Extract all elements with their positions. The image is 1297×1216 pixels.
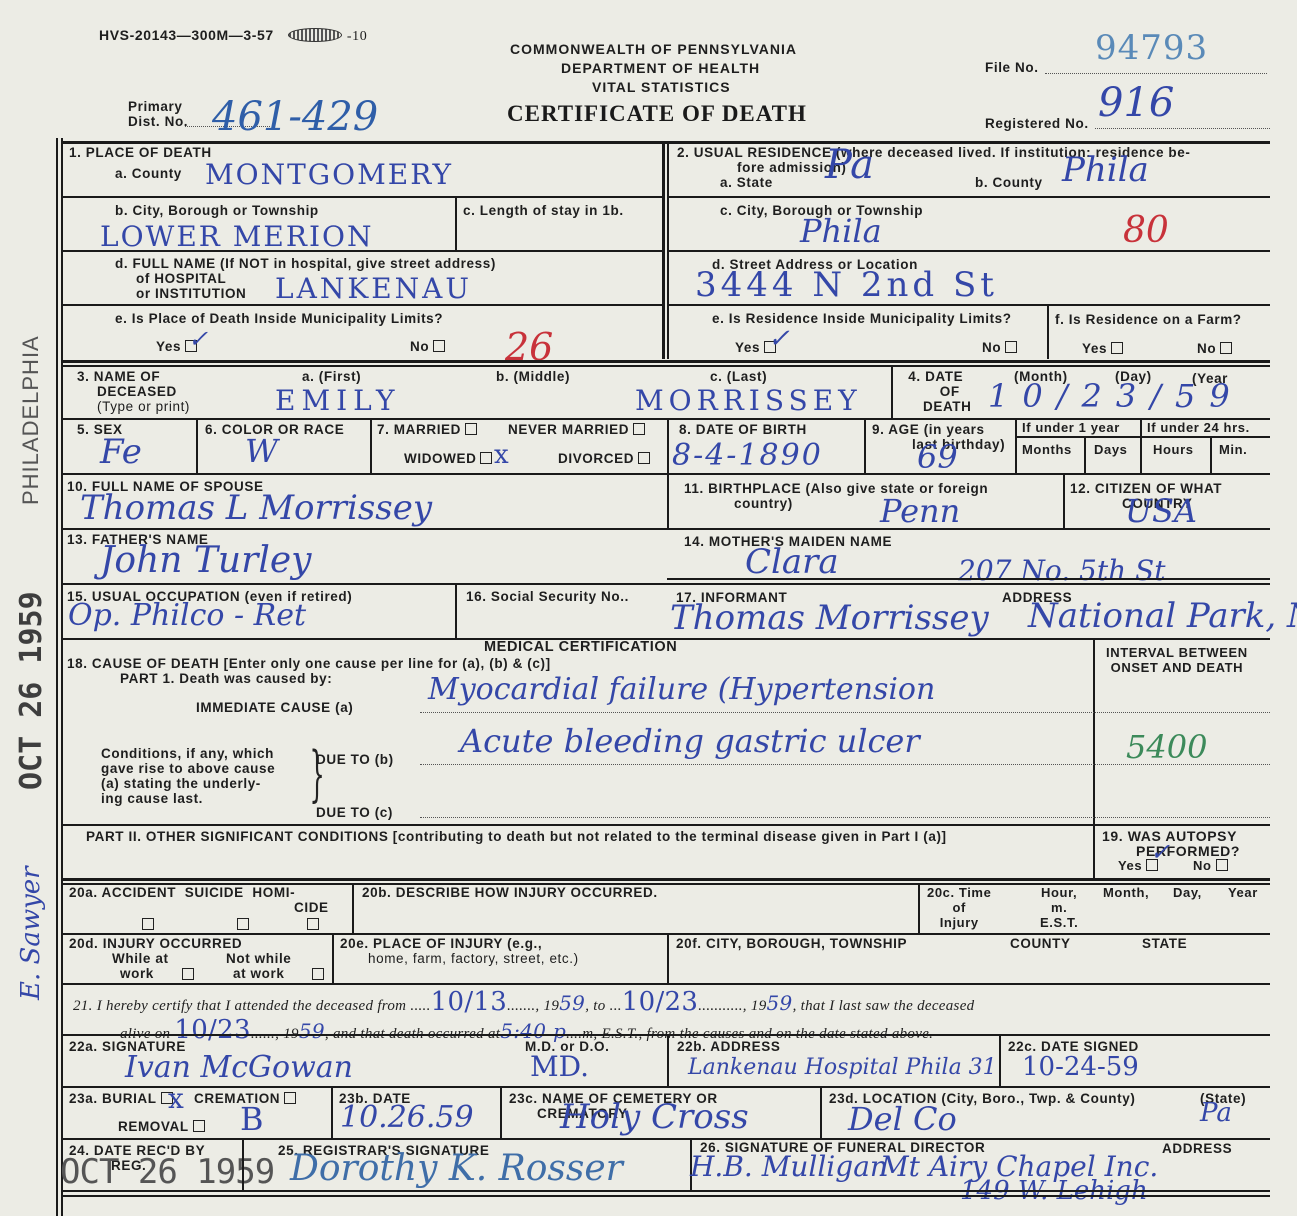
res-state-label: a. State <box>720 175 773 190</box>
manner-accident-checkbox[interactable] <box>138 916 154 934</box>
autopsy-label: 19. WAS AUTOPSY PERFORMED? <box>1102 829 1240 859</box>
row-line <box>61 250 662 252</box>
top-frame-line <box>61 141 1270 144</box>
due-c-label: DUE TO (c) <box>316 805 393 820</box>
res-farm-no[interactable]: No <box>1197 341 1232 356</box>
manner-homicide-checkbox[interactable] <box>303 916 319 934</box>
injury-day-label: Day, <box>1173 885 1202 900</box>
registrar-signature: Dorothy K. Rosser <box>290 1148 623 1189</box>
res-farm-yes-checkbox[interactable] <box>1111 342 1123 354</box>
age-value: 69 <box>917 438 958 476</box>
removal-checkbox[interactable] <box>193 1120 205 1132</box>
section-line <box>61 360 1270 363</box>
injury-county-label: COUNTY <box>1010 936 1071 951</box>
physician-address-label: 22b. ADDRESS <box>677 1039 780 1054</box>
res-street-value: 3444 N 2nd St <box>695 265 998 305</box>
place-of-death-heading: 1. PLACE OF DEATH <box>69 145 212 160</box>
res-county-label: b. County <box>975 175 1043 190</box>
file-no-value: 94793 <box>1095 28 1208 68</box>
col-line <box>820 1086 822 1138</box>
union-label-icon <box>288 28 342 42</box>
married-checkbox[interactable] <box>465 423 477 435</box>
part2-label: PART II. OTHER SIGNIFICANT CONDITIONS [c… <box>86 829 947 844</box>
medical-heading: MEDICAL CERTIFICATION <box>484 640 677 655</box>
birthplace-value: Penn <box>880 492 960 530</box>
ssn-label: 16. Social Security No.. <box>466 589 629 604</box>
while-at-work-label[interactable]: While at work <box>112 951 169 981</box>
row-line <box>61 583 1270 585</box>
file-no-label: File No. <box>985 60 1039 75</box>
days-label: Days <box>1094 442 1127 457</box>
col-line <box>196 418 198 473</box>
row-line <box>1015 436 1270 438</box>
married-option[interactable]: 7. MARRIED <box>377 422 477 437</box>
divider-1-2 <box>662 141 665 359</box>
pod-inside-limits-label: e. Is Place of Death Inside Municipality… <box>115 311 443 326</box>
under-24h-label: If under 24 hrs. <box>1147 420 1250 435</box>
last-name-value: MORRISSEY <box>635 384 862 417</box>
res-farm-yes[interactable]: Yes <box>1082 341 1123 356</box>
hours-label: Hours <box>1153 442 1194 457</box>
row-line <box>61 304 662 306</box>
margin-initials: E. Sawyer <box>16 866 46 1000</box>
header-line-1: COMMONWEALTH OF PENNSYLVANIA <box>510 42 797 57</box>
citizen-value: USA <box>1125 492 1197 530</box>
col-line <box>1093 638 1095 878</box>
row-line <box>61 473 1270 475</box>
first-name-label: a. (First) <box>302 369 361 384</box>
row-line <box>61 1086 1270 1088</box>
widowed-option[interactable]: WIDOWED <box>404 451 492 466</box>
time-of-injury-label: 20c. Time of Injury <box>927 885 991 930</box>
mother-value: Clara <box>745 542 839 582</box>
col-line <box>891 365 893 418</box>
alive-on-year: 59 <box>299 1019 325 1043</box>
interval-code: 5400 <box>1126 728 1207 766</box>
location-state-value: Pa <box>1200 1098 1232 1128</box>
cremation-checkbox[interactable] <box>284 1092 296 1104</box>
certificate-title: CERTIFICATE OF DEATH <box>507 101 807 127</box>
due-b-value: Acute bleeding gastric ulcer <box>460 722 920 760</box>
pod-no-checkbox[interactable] <box>433 340 445 352</box>
never-married-checkbox[interactable] <box>633 423 645 435</box>
funeral-address-label: ADDRESS <box>1162 1141 1232 1156</box>
autopsy-yes-checkmark: ✓ <box>1150 838 1170 866</box>
not-while-work-label[interactable]: Not while at work <box>226 951 291 981</box>
physician-signature: Ivan McGowan <box>125 1050 353 1085</box>
col-line <box>1015 418 1017 473</box>
col-line <box>332 933 334 983</box>
date-signed-value: 10-24-59 <box>1022 1052 1139 1082</box>
attended-from-year: 59 <box>559 991 585 1015</box>
attended-to-value: 10/23 <box>622 987 698 1017</box>
header-line-2: DEPARTMENT OF HEALTH <box>561 61 760 76</box>
place-of-injury-label: 20e. PLACE OF INJURY (e.g., home, farm, … <box>340 936 579 966</box>
autopsy-no-checkbox[interactable] <box>1216 859 1228 871</box>
injury-state-label: STATE <box>1142 936 1187 951</box>
middle-name-label: b. (Middle) <box>496 369 570 384</box>
hour-label: Hour, m. E.S.T. <box>1040 885 1078 930</box>
row-line <box>61 1034 1270 1036</box>
funeral-director-signature: H.B. Mulligan <box>690 1150 888 1183</box>
res-inside-no-checkbox[interactable] <box>1005 341 1017 353</box>
not-while-work-checkbox[interactable] <box>308 966 324 984</box>
row-line <box>667 304 1270 306</box>
divorced-checkbox[interactable] <box>638 452 650 464</box>
attended-from-value: 10/13 <box>431 987 507 1017</box>
min-label: Min. <box>1219 442 1247 457</box>
injury-city-label: 20f. CITY, BOROUGH, TOWNSHIP <box>676 936 907 951</box>
pod-city-value: LOWER MERION <box>100 220 373 253</box>
deceased-name-label: 3. NAME OF DECEASED (Type or print) <box>77 369 190 414</box>
registered-no-dotline <box>1095 128 1270 129</box>
col-line <box>500 1086 502 1138</box>
informant-value: Thomas Morrissey <box>670 598 989 638</box>
spouse-value: Thomas L Morrissey <box>80 488 432 528</box>
row-line <box>667 250 1270 252</box>
cemetery-value: Holy Cross <box>560 1097 749 1137</box>
header-line-3: VITAL STATISTICS <box>592 80 731 95</box>
pod-county-label: a. County <box>115 166 182 181</box>
col-line <box>1140 418 1142 473</box>
res-county-value: Phila <box>1062 150 1149 190</box>
row-line <box>61 528 1270 530</box>
row-line <box>667 196 1270 198</box>
left-border-inner <box>61 138 63 1216</box>
attended-to-year: 59 <box>767 991 793 1015</box>
margin-date-stamp: OCT 26 1959 <box>14 591 49 790</box>
form-code: HVS-20143—300M—3-57 -10 <box>99 28 367 44</box>
res-inside-no[interactable]: No <box>982 340 1017 355</box>
bottom-line-2 <box>61 1195 1270 1197</box>
degree-value: MD. <box>530 1050 589 1083</box>
row-line <box>667 578 1270 580</box>
due-b-label: DUE TO (b) <box>316 752 394 767</box>
row-line <box>61 983 1270 985</box>
manner-suicide-checkbox[interactable] <box>233 916 249 934</box>
pod-city-label: b. City, Borough or Township <box>115 203 319 218</box>
registered-no-label: Registered No. <box>985 116 1089 131</box>
pod-stay-label: c. Length of stay in 1b. <box>463 203 624 218</box>
res-yes-checkmark: ✓ <box>768 324 790 354</box>
part1-label: PART 1. Death was caused by: <box>120 671 332 686</box>
due-c-dotline <box>420 817 1270 818</box>
last-name-label: c. (Last) <box>710 369 767 384</box>
removal-option[interactable]: REMOVAL <box>118 1119 205 1134</box>
autopsy-no[interactable]: No <box>1193 858 1228 873</box>
col-line <box>1210 436 1212 473</box>
never-married-option[interactable]: NEVER MARRIED <box>508 422 645 437</box>
dod-value: 10/23/59 <box>988 377 1244 415</box>
row-line <box>61 824 1270 826</box>
col-line <box>242 1138 244 1190</box>
col-line <box>1084 436 1086 473</box>
immediate-value: Myocardial failure (Hypertension <box>428 672 935 707</box>
dob-value: 8-4-1890 <box>672 438 823 473</box>
injury-year-label: Year <box>1228 885 1258 900</box>
col-line <box>1047 304 1049 359</box>
burial-option[interactable]: 23a. BURIAL <box>69 1091 173 1106</box>
res-red-code: 80 <box>1123 210 1169 251</box>
res-state-value: Pa <box>825 142 874 188</box>
res-city-value: Phila <box>800 212 882 250</box>
widowed-checkbox[interactable] <box>480 452 492 464</box>
manner-label: 20a. ACCIDENT SUICIDE HOMI- CIDE <box>69 885 329 915</box>
widowed-mark: x <box>494 440 509 470</box>
col-line <box>999 1034 1001 1086</box>
row-line <box>61 933 1270 935</box>
location-value: Del Co <box>848 1100 957 1138</box>
margin-city-stamp: PHILADELPHIA <box>18 335 44 505</box>
col-line <box>370 418 372 473</box>
describe-injury-label: 20b. DESCRIBE HOW INJURY OCCURRED. <box>362 885 658 900</box>
primary-dist-value: 461-429 <box>212 94 378 140</box>
under-1yr-label: If under 1 year <box>1022 420 1120 435</box>
dod-label: 4. DATE OF DEATH <box>900 369 972 414</box>
col-line <box>455 196 457 250</box>
col-line <box>667 933 669 983</box>
col-line <box>918 883 920 933</box>
col-line <box>331 1086 333 1138</box>
pod-hospital-value: LANKENAU <box>275 272 472 305</box>
union-label-suffix: -10 <box>347 29 367 44</box>
informant-address-2: National Park, N.J. <box>1028 596 1297 636</box>
cause-label: 18. CAUSE OF DEATH [Enter only one cause… <box>67 656 551 671</box>
section-line <box>61 365 1270 367</box>
divorced-option[interactable]: DIVORCED <box>558 451 650 466</box>
race-value: W <box>245 432 278 470</box>
pod-yes-checkmark: ✓ <box>188 325 208 353</box>
conditions-label: Conditions, if any, which gave rise to a… <box>101 746 275 806</box>
col-line <box>667 1034 669 1086</box>
col-line <box>1063 473 1065 528</box>
injury-occurred-label: 20d. INJURY OCCURRED <box>69 936 242 951</box>
immediate-dotline <box>420 712 1270 713</box>
physician-address-value: Lankenau Hospital Phila 31 <box>688 1055 997 1080</box>
form-code-text: HVS-20143—300M—3-57 <box>99 27 274 43</box>
bottom-line <box>61 1190 1270 1192</box>
sex-value: Fe <box>100 432 142 472</box>
father-value: John Turley <box>100 540 311 581</box>
col-line <box>864 418 866 473</box>
disposition-code: B <box>240 1100 264 1138</box>
file-no-dotline <box>1045 73 1267 74</box>
death-certificate: PHILADELPHIA OCT 26 1959 E. Sawyer HVS-2… <box>0 0 1297 1216</box>
primary-dist-label: Primary Dist. No. <box>128 99 188 129</box>
col-line <box>455 583 457 638</box>
certification-line-1: 21. I hereby certify that I attended the… <box>73 987 974 1017</box>
pod-county-value: MONTGOMERY <box>205 158 453 191</box>
res-inside-limits-label: e. Is Residence Inside Municipality Limi… <box>712 311 1012 326</box>
months-label: Months <box>1022 442 1072 457</box>
res-farm-label: f. Is Residence on a Farm? <box>1055 312 1242 327</box>
pod-inside-no[interactable]: No <box>410 339 445 354</box>
first-name-value: EMILY <box>275 384 400 417</box>
left-border-outer <box>56 138 58 1216</box>
registered-no-value: 916 <box>1098 80 1174 126</box>
immediate-label: IMMEDIATE CAUSE (a) <box>196 700 353 715</box>
res-farm-no-checkbox[interactable] <box>1220 342 1232 354</box>
section-line <box>61 878 1270 881</box>
burial-mark: x <box>168 1082 184 1115</box>
injury-month-label: Month, <box>1103 885 1149 900</box>
row-line <box>61 196 662 198</box>
disposition-date-value: 10.26.59 <box>340 1100 474 1135</box>
occupation-value: Op. Philco - Ret <box>68 598 306 633</box>
while-at-work-checkbox[interactable] <box>178 966 194 984</box>
dob-label: 8. DATE OF BIRTH <box>679 422 807 437</box>
col-line <box>352 883 354 933</box>
interval-label: INTERVAL BETWEEN ONSET AND DEATH <box>1106 645 1248 675</box>
